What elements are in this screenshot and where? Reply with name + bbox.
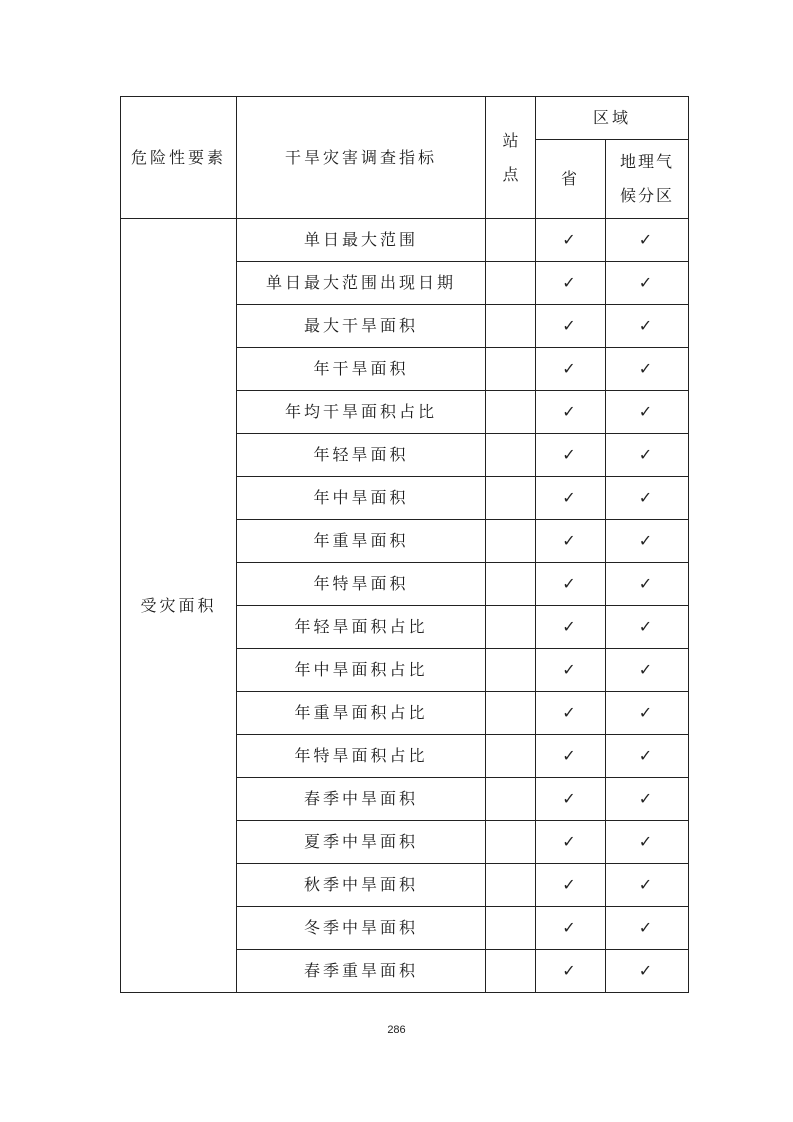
province-check-cell: ✓ bbox=[536, 434, 606, 477]
province-check-cell: ✓ bbox=[536, 219, 606, 262]
province-check-cell: ✓ bbox=[536, 692, 606, 735]
climate-zone-check-cell: ✓ bbox=[606, 950, 689, 993]
indicator-cell: 年特旱面积占比 bbox=[237, 735, 486, 778]
province-check-cell: ✓ bbox=[536, 649, 606, 692]
station-cell bbox=[486, 391, 536, 434]
station-cell bbox=[486, 606, 536, 649]
table-body: 受灾面积单日最大范围✓✓单日最大范围出现日期✓✓最大干旱面积✓✓年干旱面积✓✓年… bbox=[121, 219, 689, 993]
climate-zone-check-cell: ✓ bbox=[606, 606, 689, 649]
header-region: 区域 bbox=[536, 97, 689, 140]
station-cell bbox=[486, 563, 536, 606]
climate-zone-check-cell: ✓ bbox=[606, 778, 689, 821]
province-check-cell: ✓ bbox=[536, 950, 606, 993]
header-row-top: 危险性要素 干旱灾害调查指标 站点 区域 bbox=[121, 97, 689, 140]
station-cell bbox=[486, 907, 536, 950]
climate-zone-check-cell: ✓ bbox=[606, 907, 689, 950]
indicator-cell: 春季重旱面积 bbox=[237, 950, 486, 993]
indicator-cell: 年轻旱面积占比 bbox=[237, 606, 486, 649]
province-check-cell: ✓ bbox=[536, 348, 606, 391]
station-cell bbox=[486, 778, 536, 821]
indicator-cell: 年重旱面积占比 bbox=[237, 692, 486, 735]
climate-zone-check-cell: ✓ bbox=[606, 692, 689, 735]
header-hazard-factor: 危险性要素 bbox=[121, 97, 237, 219]
station-cell bbox=[486, 477, 536, 520]
province-check-cell: ✓ bbox=[536, 821, 606, 864]
province-check-cell: ✓ bbox=[536, 864, 606, 907]
climate-zone-check-cell: ✓ bbox=[606, 735, 689, 778]
station-cell bbox=[486, 305, 536, 348]
climate-zone-check-cell: ✓ bbox=[606, 520, 689, 563]
header-province: 省 bbox=[536, 140, 606, 219]
drought-indicator-table: 危险性要素 干旱灾害调查指标 站点 区域 省 地理气候分区 受灾面积单日最大范围… bbox=[120, 96, 689, 993]
climate-zone-check-cell: ✓ bbox=[606, 391, 689, 434]
indicator-cell: 年中旱面积占比 bbox=[237, 649, 486, 692]
indicator-cell: 年中旱面积 bbox=[237, 477, 486, 520]
header-climate-zone: 地理气候分区 bbox=[606, 140, 689, 219]
province-check-cell: ✓ bbox=[536, 907, 606, 950]
station-cell bbox=[486, 219, 536, 262]
page-number: 286 bbox=[0, 1024, 793, 1036]
climate-zone-check-cell: ✓ bbox=[606, 434, 689, 477]
header-station-label: 站点 bbox=[502, 124, 520, 192]
header-climate-zone-label: 地理气候分区 bbox=[619, 145, 675, 213]
station-cell bbox=[486, 520, 536, 563]
climate-zone-check-cell: ✓ bbox=[606, 649, 689, 692]
header-station: 站点 bbox=[486, 97, 536, 219]
station-cell bbox=[486, 348, 536, 391]
indicator-cell: 年均干旱面积占比 bbox=[237, 391, 486, 434]
province-check-cell: ✓ bbox=[536, 606, 606, 649]
climate-zone-check-cell: ✓ bbox=[606, 262, 689, 305]
indicator-cell: 单日最大范围 bbox=[237, 219, 486, 262]
province-check-cell: ✓ bbox=[536, 778, 606, 821]
climate-zone-check-cell: ✓ bbox=[606, 348, 689, 391]
climate-zone-check-cell: ✓ bbox=[606, 477, 689, 520]
header-indicator: 干旱灾害调查指标 bbox=[237, 97, 486, 219]
station-cell bbox=[486, 950, 536, 993]
province-check-cell: ✓ bbox=[536, 262, 606, 305]
climate-zone-check-cell: ✓ bbox=[606, 305, 689, 348]
table-row: 受灾面积单日最大范围✓✓ bbox=[121, 219, 689, 262]
climate-zone-check-cell: ✓ bbox=[606, 563, 689, 606]
indicator-cell: 单日最大范围出现日期 bbox=[237, 262, 486, 305]
province-check-cell: ✓ bbox=[536, 735, 606, 778]
indicator-cell: 冬季中旱面积 bbox=[237, 907, 486, 950]
indicator-cell: 夏季中旱面积 bbox=[237, 821, 486, 864]
province-check-cell: ✓ bbox=[536, 563, 606, 606]
indicator-cell: 年特旱面积 bbox=[237, 563, 486, 606]
indicator-cell: 年轻旱面积 bbox=[237, 434, 486, 477]
province-check-cell: ✓ bbox=[536, 391, 606, 434]
province-check-cell: ✓ bbox=[536, 477, 606, 520]
station-cell bbox=[486, 434, 536, 477]
indicator-cell: 年干旱面积 bbox=[237, 348, 486, 391]
indicator-cell: 最大干旱面积 bbox=[237, 305, 486, 348]
document-page: 危险性要素 干旱灾害调查指标 站点 区域 省 地理气候分区 受灾面积单日最大范围… bbox=[0, 0, 793, 1122]
group-label-affected-area: 受灾面积 bbox=[121, 219, 237, 993]
climate-zone-check-cell: ✓ bbox=[606, 219, 689, 262]
station-cell bbox=[486, 735, 536, 778]
station-cell bbox=[486, 864, 536, 907]
station-cell bbox=[486, 821, 536, 864]
station-cell bbox=[486, 649, 536, 692]
indicator-cell: 春季中旱面积 bbox=[237, 778, 486, 821]
province-check-cell: ✓ bbox=[536, 520, 606, 563]
indicator-cell: 年重旱面积 bbox=[237, 520, 486, 563]
station-cell bbox=[486, 262, 536, 305]
climate-zone-check-cell: ✓ bbox=[606, 864, 689, 907]
climate-zone-check-cell: ✓ bbox=[606, 821, 689, 864]
station-cell bbox=[486, 692, 536, 735]
indicator-cell: 秋季中旱面积 bbox=[237, 864, 486, 907]
province-check-cell: ✓ bbox=[536, 305, 606, 348]
